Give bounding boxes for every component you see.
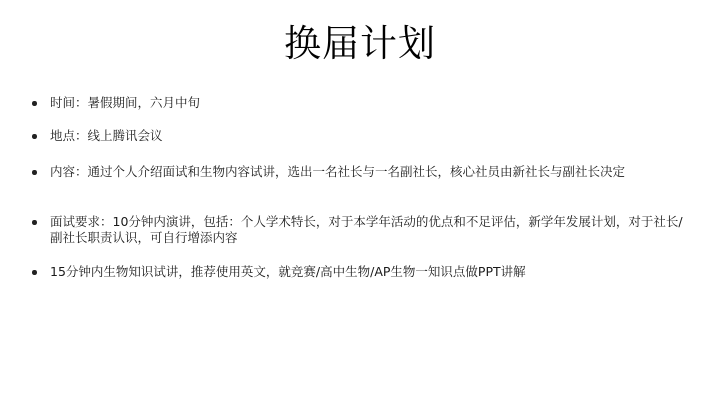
bullet-dot-icon xyxy=(32,220,37,225)
bullet-dot-icon xyxy=(32,134,37,139)
slide-title: 换届计划 xyxy=(0,18,720,70)
bullet-dot-icon xyxy=(32,270,37,275)
bullet-text: 地点：线上腾讯会议 xyxy=(50,128,690,144)
bullet-dot-icon xyxy=(32,170,37,175)
slide: 换届计划 时间：暑假期间，六月中旬 地点：线上腾讯会议 内容：通过个人介绍面试和… xyxy=(0,0,720,405)
bullet-dot-icon xyxy=(32,101,37,106)
bullet-item-content: 内容：通过个人介绍面试和生物内容试讲，选出一名社长与一名副社长，核心社员由新社长… xyxy=(30,164,690,180)
bullet-item-interview: 面试要求：10分钟内演讲，包括：个人学术特长，对于本学年活动的优点和不足评估，新… xyxy=(30,214,690,246)
bullet-text: 15分钟内生物知识试讲，推荐使用英文，就竞赛/高中生物/AP生物一知识点做PPT… xyxy=(50,264,690,280)
bullet-text: 时间：暑假期间，六月中旬 xyxy=(50,95,690,111)
bullet-item-trial-lecture: 15分钟内生物知识试讲，推荐使用英文，就竞赛/高中生物/AP生物一知识点做PPT… xyxy=(30,264,690,280)
bullet-text: 面试要求：10分钟内演讲，包括：个人学术特长，对于本学年活动的优点和不足评估，新… xyxy=(50,214,690,246)
bullet-item-time: 时间：暑假期间，六月中旬 xyxy=(30,95,690,111)
bullet-item-location: 地点：线上腾讯会议 xyxy=(30,128,690,144)
bullet-text: 内容：通过个人介绍面试和生物内容试讲，选出一名社长与一名副社长，核心社员由新社长… xyxy=(50,164,690,180)
